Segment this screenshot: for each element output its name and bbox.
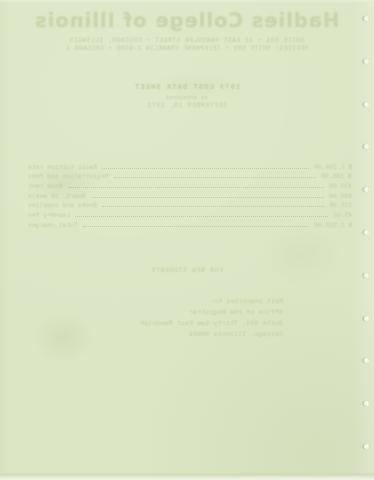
- punch-hole: [364, 187, 369, 192]
- dotted-leader: [114, 176, 317, 178]
- cost-row: Room rent 420.00: [28, 180, 352, 190]
- cost-row: Laundry fee 45.00: [28, 209, 352, 219]
- row-value: $ 2,555.00: [314, 222, 352, 229]
- punch-hole: [364, 144, 369, 149]
- row-label: Registration and fees: [28, 173, 109, 180]
- scanned-page: Hadlies College of Illinois SUITE 501 • …: [0, 0, 374, 480]
- cost-row: Basic tuition rate $ 1,250.00: [28, 161, 352, 171]
- dotted-leader: [91, 196, 324, 198]
- punch-hole: [364, 273, 369, 278]
- cost-sheet: Basic tuition rate $ 1,250.00 Registrati…: [28, 161, 352, 229]
- cost-row: Books and supplies 125.00: [28, 200, 352, 210]
- row-label: Total charges: [28, 222, 78, 229]
- row-value: 45.00: [333, 212, 352, 219]
- title-line-3: SEPTEMBER 10, 1973: [0, 102, 374, 109]
- page-top-edge: [0, 0, 374, 2]
- dotted-leader: [75, 215, 328, 217]
- letterhead-logo: Hadlies College of Illinois: [0, 9, 374, 32]
- dotted-leader: [102, 205, 324, 207]
- letterhead-address-line-1: SUITE 501 • 32 EAST RANDOLPH STREET • CH…: [0, 37, 374, 44]
- punch-hole: [364, 16, 369, 21]
- footer-line: Office of the Registrar: [0, 308, 283, 319]
- row-label: Board, 20 meals: [28, 193, 86, 200]
- punch-hole: [364, 59, 369, 64]
- punch-hole: [364, 316, 369, 321]
- punch-hole: [364, 102, 369, 107]
- row-label: Laundry fee: [28, 212, 70, 219]
- letterhead-address-line-2: OFFICES: SUITE 501 • TELEPHONE FRANKLIN …: [0, 45, 374, 52]
- page-bottom-edge: [0, 472, 374, 480]
- footer-address-block: Mail inquiries to: Office of the Registr…: [0, 297, 283, 341]
- dotted-leader: [68, 186, 324, 188]
- cost-row: Registration and fees $ 165.00: [28, 171, 352, 181]
- row-label: Books and supplies: [28, 202, 97, 209]
- paper-stain: [260, 225, 344, 287]
- center-note: FOR NEW STUDENTS: [0, 267, 374, 274]
- row-value: 125.00: [329, 202, 352, 209]
- punch-hole-strip: [362, 16, 371, 449]
- title-line-1: 1973 COST DATA SHEET: [0, 84, 374, 92]
- row-label: Basic tuition rate: [28, 164, 97, 171]
- cost-row: Total charges $ 2,555.00: [28, 219, 352, 229]
- title-line-2: as announced: [0, 94, 374, 101]
- punch-hole: [364, 401, 369, 406]
- row-value: 550.00: [329, 193, 352, 200]
- punch-hole: [364, 358, 369, 363]
- footer-line: Chicago, Illinois 60601: [0, 330, 283, 341]
- dotted-leader: [83, 225, 309, 227]
- dotted-leader: [102, 167, 309, 169]
- row-value: $ 165.00: [321, 173, 352, 180]
- punch-hole: [364, 230, 369, 235]
- letterhead-logo-text: Hadlies College of Illinois: [34, 9, 339, 32]
- footer-line: Mail inquiries to:: [0, 297, 283, 308]
- footer-line: Suite 501, Thirty-two East Randolph: [0, 319, 283, 330]
- row-value: 420.00: [329, 183, 352, 190]
- cost-row: Board, 20 meals 550.00: [28, 190, 352, 200]
- row-value: $ 1,250.00: [314, 164, 352, 171]
- row-label: Room rent: [28, 183, 63, 190]
- punch-hole: [364, 444, 369, 449]
